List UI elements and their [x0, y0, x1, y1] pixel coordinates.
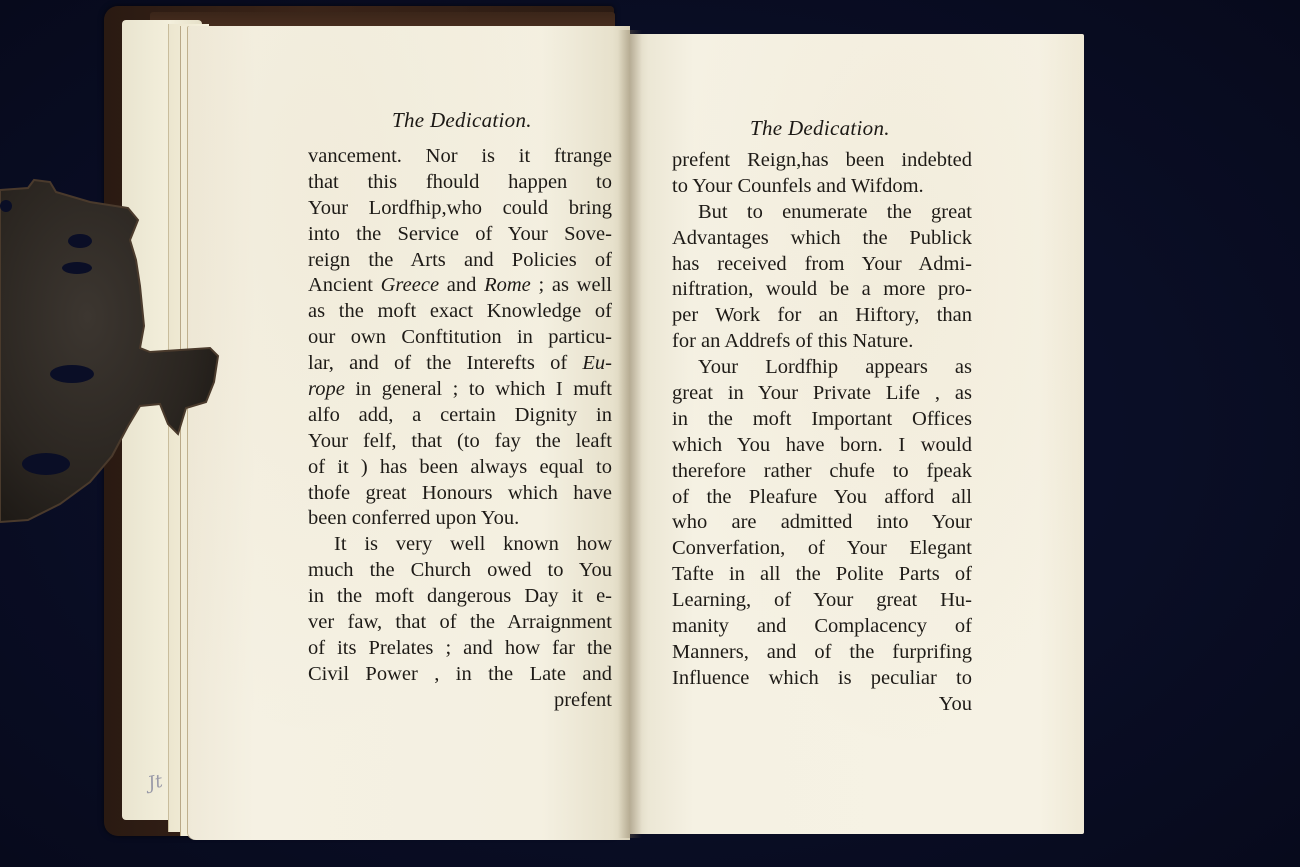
text-line: manity and Complacency of	[672, 614, 972, 640]
text-line: ver faw, that of the Arraignment	[308, 610, 612, 636]
text-line: Influence which is peculiar to	[672, 666, 972, 692]
left-page-text: vancement. Nor is it ftrange that this f…	[308, 144, 612, 714]
text-line: alfo add, a certain Dignity in	[308, 403, 612, 429]
text-line: Ancient Greece and Rome ; as well	[308, 273, 612, 299]
metal-clasp-icon	[0, 176, 222, 526]
text-line: much the Church owed to You	[308, 558, 612, 584]
text-line: been conferred upon You.	[308, 506, 612, 532]
text-line: as the moft exact Knowledge of	[308, 299, 612, 325]
italic-run: rope	[308, 378, 345, 400]
text-line: that this fhould happen to	[308, 170, 612, 196]
text-line: Tafte in all the Polite Parts of	[672, 562, 972, 588]
text-run: ; as well	[531, 274, 612, 296]
text-line: for an Addrefs of this Nature.	[672, 329, 972, 355]
text-run: lar, and of the Interefts of	[308, 352, 582, 374]
text-line: rope in general ; to which I muft	[308, 377, 612, 403]
text-line: reign the Arts and Policies of	[308, 248, 612, 274]
book-photo: Jt The Dedication. vancement. Nor is it …	[0, 0, 1300, 867]
text-line: great in Your Private Life , as	[672, 381, 972, 407]
text-line: Your felf, that (to fay the leaft	[308, 429, 612, 455]
left-page: The Dedication. vancement. Nor is it ftr…	[188, 26, 630, 840]
text-line: Learning, of Your great Hu-	[672, 588, 972, 614]
text-line: Manners, and of the furprifing	[672, 640, 972, 666]
paragraph-start-line: But to enumerate the great	[672, 200, 972, 226]
text-line: Converfation, of Your Elegant	[672, 536, 972, 562]
text-line: niftration, would be a more pro-	[672, 277, 972, 303]
text-line: Your Lordfhip,who could bring	[308, 196, 612, 222]
text-line: thofe great Honours which have	[308, 481, 612, 507]
text-line: of the Pleafure You afford all	[672, 485, 972, 511]
text-run: Ancient	[308, 274, 381, 296]
text-line: to Your Counfels and Wifdom.	[672, 174, 972, 200]
text-line: therefore rather chufe to fpeak	[672, 459, 972, 485]
text-line: per Work for an Hiftory, than	[672, 303, 972, 329]
text-line: Civil Power , in the Late and	[308, 662, 612, 688]
text-line: of it ) has been always equal to	[308, 455, 612, 481]
italic-run: Eu-	[582, 352, 612, 374]
right-running-head: The Dedication.	[750, 116, 890, 141]
text-line: of its Prelates ; and how far the	[308, 636, 612, 662]
paragraph-start-line: Your Lordfhip appears as	[672, 355, 972, 381]
text-line: prefent Reign,has been indebted	[672, 148, 972, 174]
text-line: lar, and of the Interefts of Eu-	[308, 351, 612, 377]
catchword: prefent	[308, 688, 612, 714]
text-line: in the moft Important Offices	[672, 407, 972, 433]
text-line: who are admitted into Your	[672, 510, 972, 536]
text-line: has received from Your Admi-	[672, 252, 972, 278]
text-line: our own Conftitution in particu-	[308, 325, 612, 351]
left-running-head: The Dedication.	[392, 108, 532, 133]
book-gutter	[618, 30, 642, 838]
catchword: You	[672, 692, 972, 718]
text-line: into the Service of Your Sove-	[308, 222, 612, 248]
italic-run: Greece	[381, 274, 439, 296]
text-run: in general ; to which I muft	[345, 378, 612, 400]
right-page-text: prefent Reign,has been indebted to Your …	[672, 148, 972, 718]
paragraph-start-line: It is very well known how	[308, 532, 612, 558]
right-page: The Dedication. prefent Reign,has been i…	[630, 34, 1084, 834]
text-run: and	[439, 274, 484, 296]
text-line: in the moft dangerous Day it e-	[308, 584, 612, 610]
text-line: which You have born. I would	[672, 433, 972, 459]
italic-run: Rome	[484, 274, 531, 296]
text-line: vancement. Nor is it ftrange	[308, 144, 612, 170]
text-line: Advantages which the Publick	[672, 226, 972, 252]
